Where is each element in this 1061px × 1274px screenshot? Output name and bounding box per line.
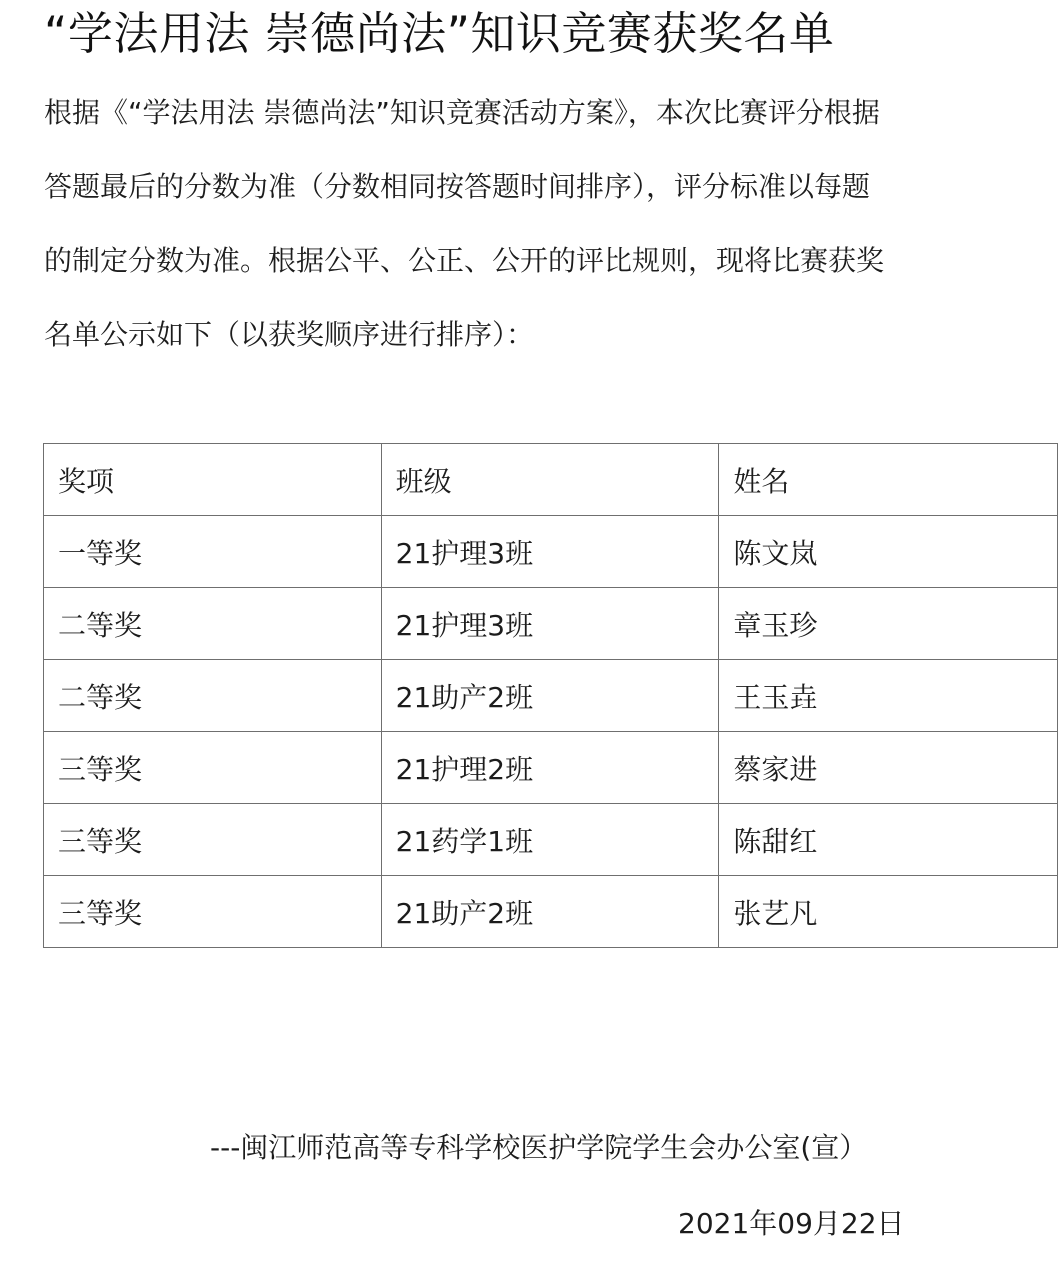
intro-line: 的制定分数为准。根据公平、公正、公开的评比规则，现将比赛获奖 — [44, 224, 1039, 298]
intro-line: 名单公示如下（以获奖顺序进行排序）： — [44, 298, 1039, 372]
table-row: 三等奖 21护理2班 蔡家进 — [44, 732, 1058, 804]
cell-name: 蔡家进 — [719, 732, 1058, 804]
signature: ---闽江师范高等专科学校医护学院学生会办公室(宣） — [210, 1128, 867, 1168]
cell-award: 三等奖 — [44, 804, 382, 876]
cell-name: 陈甜红 — [719, 804, 1058, 876]
table-row: 三等奖 21药学1班 陈甜红 — [44, 804, 1058, 876]
cell-class: 21护理3班 — [381, 516, 719, 588]
table-row: 一等奖 21护理3班 陈文岚 — [44, 516, 1058, 588]
cell-class: 21助产2班 — [381, 660, 719, 732]
cell-award: 三等奖 — [44, 876, 382, 948]
publish-date: 2021年09月22日 — [678, 1204, 905, 1244]
page-title: “学法用法 崇德尚法”知识竞赛获奖名单 — [44, 4, 834, 64]
table-row: 二等奖 21护理3班 章玉珍 — [44, 588, 1058, 660]
table-row: 三等奖 21助产2班 张艺凡 — [44, 876, 1058, 948]
header-award: 奖项 — [44, 444, 382, 516]
intro-paragraph: 根据《“学法用法 崇德尚法”知识竞赛活动方案》，本次比赛评分根据 答题最后的分数… — [44, 76, 1039, 372]
cell-award: 一等奖 — [44, 516, 382, 588]
cell-class: 21护理3班 — [381, 588, 719, 660]
header-name: 姓名 — [719, 444, 1058, 516]
cell-name: 张艺凡 — [719, 876, 1058, 948]
cell-name: 陈文岚 — [719, 516, 1058, 588]
cell-class: 21护理2班 — [381, 732, 719, 804]
table-header-row: 奖项 班级 姓名 — [44, 444, 1058, 516]
cell-class: 21药学1班 — [381, 804, 719, 876]
cell-award: 二等奖 — [44, 660, 382, 732]
cell-award: 二等奖 — [44, 588, 382, 660]
header-class: 班级 — [381, 444, 719, 516]
table-row: 二等奖 21助产2班 王玉垚 — [44, 660, 1058, 732]
cell-class: 21助产2班 — [381, 876, 719, 948]
awards-table: 奖项 班级 姓名 一等奖 21护理3班 陈文岚 二等奖 21护理3班 章玉珍 二… — [43, 443, 1058, 948]
cell-award: 三等奖 — [44, 732, 382, 804]
intro-line: 答题最后的分数为准（分数相同按答题时间排序），评分标准以每题 — [44, 150, 1039, 224]
cell-name: 章玉珍 — [719, 588, 1058, 660]
cell-name: 王玉垚 — [719, 660, 1058, 732]
intro-line: 根据《“学法用法 崇德尚法”知识竞赛活动方案》，本次比赛评分根据 — [44, 76, 1039, 150]
